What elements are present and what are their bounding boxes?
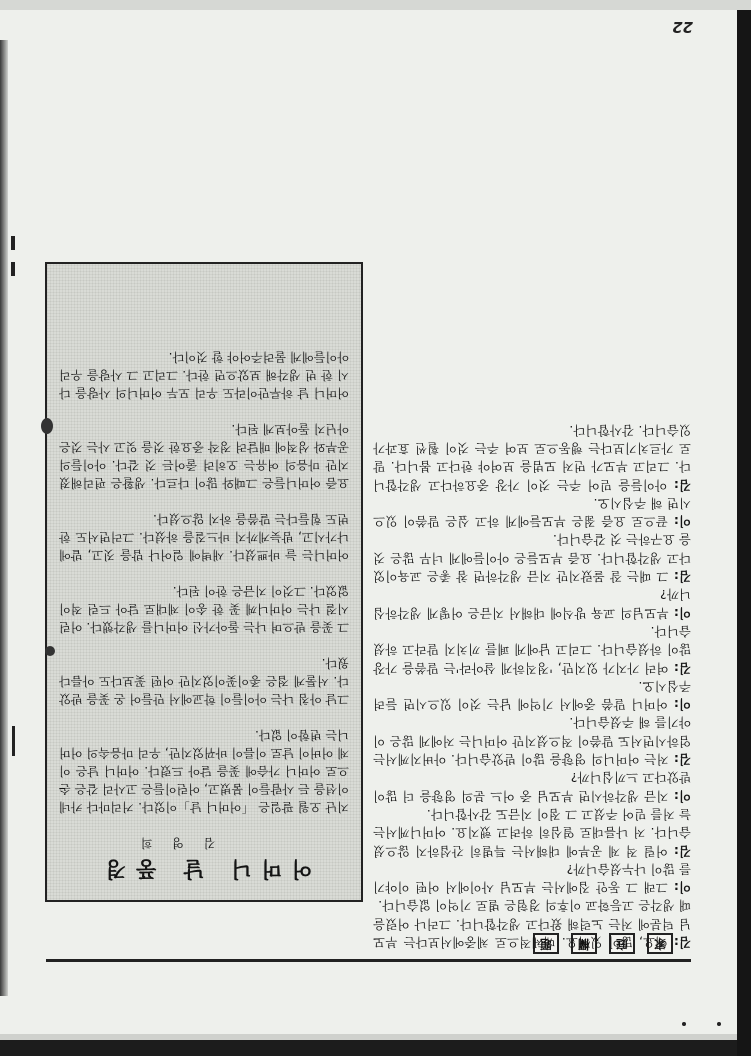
margin-bracket-mark <box>11 236 15 250</box>
essay-paragraph: 그 꽃을 받으며 나는 돌아가신 어머니를 생각했다. 어린 시절 나는 어머니… <box>59 582 349 636</box>
ink-blot <box>45 646 55 656</box>
interview-paragraph: 김: 저는 어머니의 영향을 많이 받았습니다. 아버지께서는 엄하시면서도 말… <box>373 713 691 768</box>
essay-paragraph: 어머니는 늘 바쁘셨다. 새벽에 일어나 밥을 짓고, 밭에 나가시고, 밤늦게… <box>59 510 349 564</box>
essay-box: 어머니 날 풍경 김 영 희 지난 오월 팔일은 「어머니 날」이었다. 거리마… <box>45 262 363 902</box>
speaker-label: 이: <box>668 697 691 712</box>
header-rule <box>46 959 691 962</box>
interview-paragraph: 김: 여러 가지가 있지만, '정직하게 살아라'는 말씀을 가장 많이 하셨습… <box>373 622 691 677</box>
interview-text: 부모님의 교육 방식에 대해서 지금은 어떻게 생각하십니까? <box>373 587 691 620</box>
essay-paragraph: 지난 오월 팔일은 「어머니 날」이었다. 거리마다 카네이션을 든 사람들이 … <box>59 726 349 816</box>
ink-blot <box>41 418 53 434</box>
speaker-label: 김: <box>669 752 691 767</box>
speaker-label: 이: <box>669 606 691 621</box>
interview-text: 끝으로 요즘 젊은 부모들에게 하고 싶은 말씀이 있으시면 해 주십시오. <box>373 496 691 529</box>
interview-text: 아이들을 믿어 주는 것이 가장 중요하다고 생각합니다. 그리고 부모가 먼저… <box>373 423 691 493</box>
essay-paragraph: 요즘 어머니들은 그때와 많이 다르다. 생활은 편리해졌지만 마음의 여유는 … <box>59 420 349 492</box>
interview-paragraph: 김: 예요, 많이 있지요. 대체적으로 체중에서보다는 부모님 덕분에 저는 … <box>373 896 691 951</box>
interview-paragraph: 이: 부모님의 교육 방식에 대해서 지금은 어떻게 생각하십니까? <box>373 585 691 622</box>
interview-text: 어릴 적 제 공부에 대해서는 특별히 간섭하지 않으셨습니다. 저 나름대로 … <box>373 807 691 859</box>
essay-title: 어머니 날 풍경 <box>59 860 349 878</box>
interview-paragraph: 김: 아이들을 믿어 주는 것이 가장 중요하다고 생각합니다. 그리고 부모가… <box>373 420 691 493</box>
speaker-label: 김: <box>669 661 691 676</box>
scan-edge-bottom <box>0 0 751 10</box>
interview-text: 여러 가지가 있지만, '정직하게 살아라'는 말씀을 가장 많이 하셨습니다.… <box>373 624 691 676</box>
interview-text: 지금 생각하시면 부모님 중 어느 분의 영향을 더 많이 받았다고 느끼십니까… <box>373 770 691 803</box>
scan-speck <box>682 1022 686 1026</box>
scan-shadow-left <box>737 0 751 1056</box>
scan-shadow-top <box>0 1040 751 1056</box>
scanned-page: 家 庭 欄 題 김: 예요, 많이 있지요. 대체적으로 체중에서보다는 부모님… <box>0 0 751 1056</box>
speaker-label: 이: <box>668 880 691 895</box>
speaker-label: 김: <box>668 844 691 859</box>
page-number: 22 <box>672 18 693 36</box>
interview-paragraph: 이: 그래 그 동안 집에서는 부모님 사이에서 어떤 이야기를 많이 나누셨습… <box>373 860 691 897</box>
essay-paragraph: 어머니 날 하루만이라도 우리 모두 어머니의 사랑을 다시 한 번 생각해 보… <box>59 348 349 402</box>
speaker-label: 김: <box>668 569 691 584</box>
speaker-label: 김: <box>667 478 691 493</box>
essay-paragraph: 그날 아침 나는 아이들이 학교에서 만들어 온 꽃을 받았다. 서툴게 접은 … <box>59 654 349 708</box>
margin-bracket-mark <box>11 262 15 276</box>
interview-text: 그래 그 동안 집에서는 부모님 사이에서 어떤 이야기를 많이 나누셨습니까? <box>373 862 691 895</box>
margin-line-mark <box>12 726 15 756</box>
interview-paragraph: 이: 어머니 말씀 중에서 기억에 남는 것이 있으시면 들려 주십시오. <box>373 677 691 714</box>
interview-text: 그 때는 잘 몰랐지만 지금 생각하면 참 좋은 교육이었다고 생각합니다. 요… <box>373 532 691 584</box>
interview-text: 예요, 많이 있지요. 대체적으로 체중에서보다는 부모님 덕분에 저는 노력해… <box>373 898 691 950</box>
speaker-label: 김: <box>667 935 691 950</box>
interview-paragraph: 이: 끝으로 요즘 젊은 부모들에게 하고 싶은 말씀이 있으시면 해 주십시오… <box>373 494 691 531</box>
interview-paragraph: 이: 지금 생각하시면 부모님 중 어느 분의 영향을 더 많이 받았다고 느끼… <box>373 768 691 805</box>
essay-author: 김 영 희 <box>59 834 289 852</box>
interview-text: 어머니 말씀 중에서 기억에 남는 것이 있으시면 들려 주십시오. <box>373 679 691 712</box>
interview-paragraph: 김: 어릴 적 제 공부에 대해서는 특별히 간섭하지 않으셨습니다. 저 나름… <box>373 805 691 860</box>
interview-text: 저는 어머니의 영향을 많이 받았습니다. 아버지께서는 엄하시면서도 말씀이 … <box>373 715 691 767</box>
speaker-label: 이: <box>668 789 691 804</box>
speaker-label: 이: <box>668 514 691 529</box>
interview-column: 김: 예요, 많이 있지요. 대체적으로 체중에서보다는 부모님 덕분에 저는 … <box>373 420 691 951</box>
scan-speck <box>717 1022 721 1026</box>
interview-paragraph: 김: 그 때는 잘 몰랐지만 지금 생각하면 참 좋은 교육이었다고 생각합니다… <box>373 530 691 585</box>
scan-shadow-right <box>0 40 8 996</box>
essay-body: 지난 오월 팔일은 「어머니 날」이었다. 거리마다 카네이션을 든 사람들이 … <box>59 348 349 816</box>
